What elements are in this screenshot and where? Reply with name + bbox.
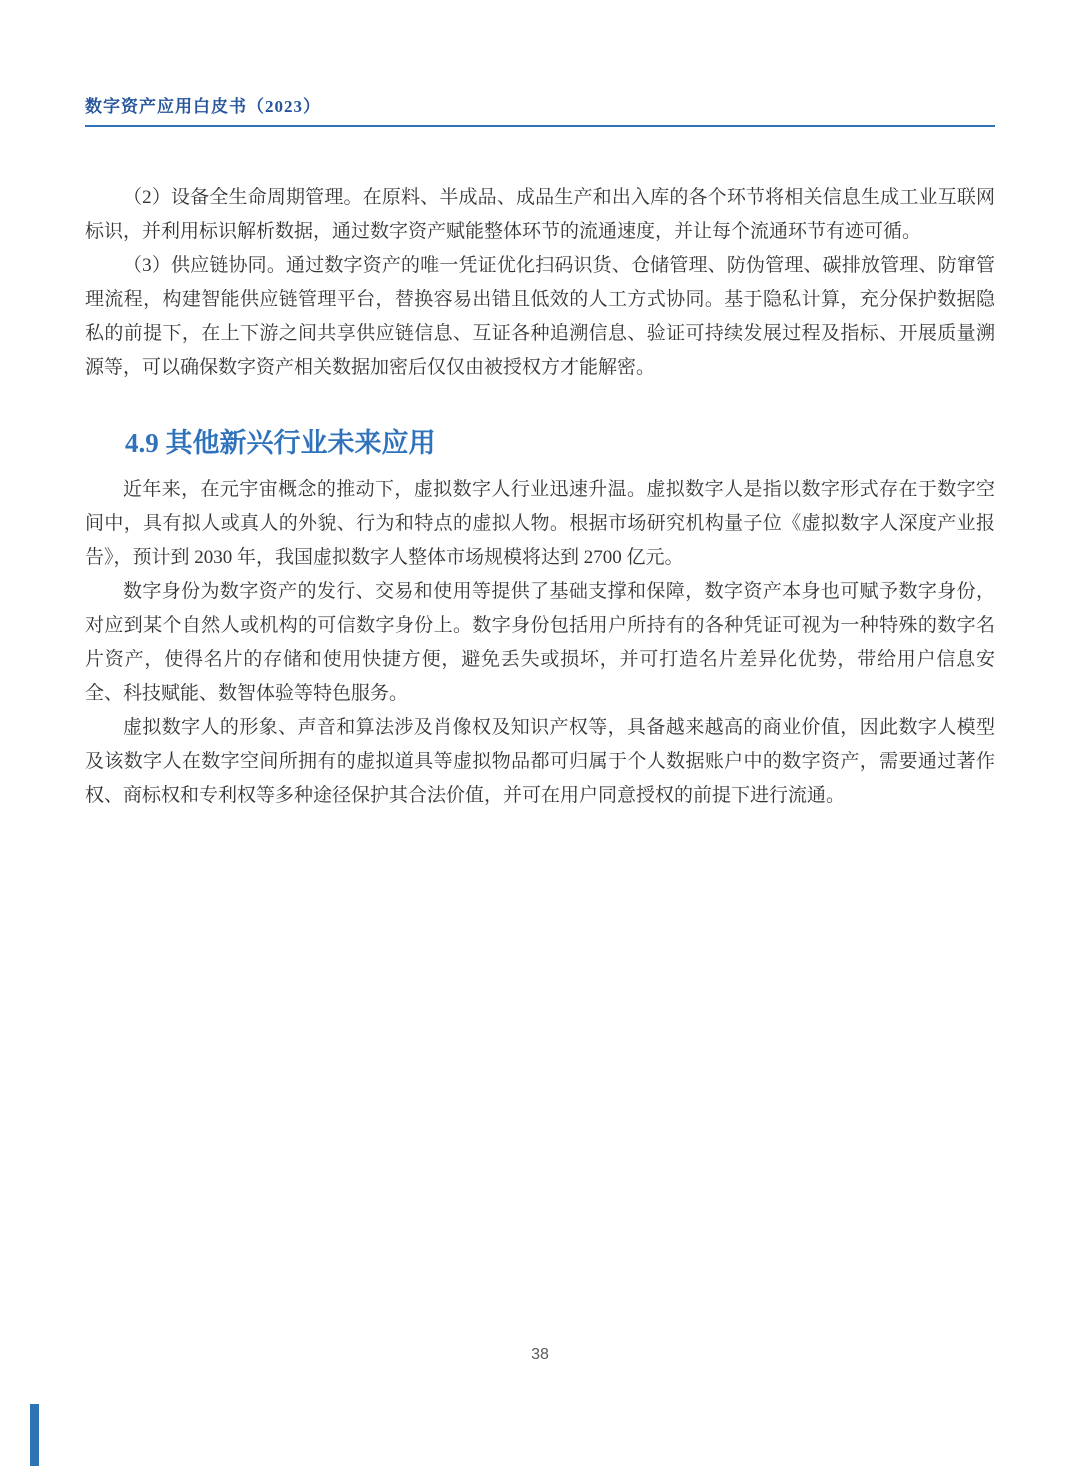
body-paragraph: 近年来，在元宇宙概念的推动下，虚拟数字人行业迅速升温。虚拟数字人是指以数字形式存… [85, 473, 995, 575]
header-divider [85, 125, 995, 127]
document-header: 数字资产应用白皮书（2023） [85, 97, 995, 127]
body-paragraph: （2）设备全生命周期管理。在原料、半成品、成品生产和出入库的各个环节将相关信息生… [85, 181, 995, 249]
document-page: 数字资产应用白皮书（2023） （2）设备全生命周期管理。在原料、半成品、成品生… [0, 0, 1080, 1466]
corner-accent-bar [30, 1404, 39, 1466]
page-number: 38 [0, 1346, 1080, 1364]
body-paragraph: 虚拟数字人的形象、声音和算法涉及肖像权及知识产权等，具备越来越高的商业价值，因此… [85, 711, 995, 813]
body-paragraph: 数字身份为数字资产的发行、交易和使用等提供了基础支撑和保障，数字资产本身也可赋予… [85, 575, 995, 711]
section-heading: 4.9 其他新兴行业未来应用 [125, 425, 995, 461]
document-body: （2）设备全生命周期管理。在原料、半成品、成品生产和出入库的各个环节将相关信息生… [85, 181, 995, 813]
document-header-title: 数字资产应用白皮书（2023） [85, 97, 995, 117]
body-paragraph: （3）供应链协同。通过数字资产的唯一凭证优化扫码识货、仓储管理、防伪管理、碳排放… [85, 249, 995, 385]
